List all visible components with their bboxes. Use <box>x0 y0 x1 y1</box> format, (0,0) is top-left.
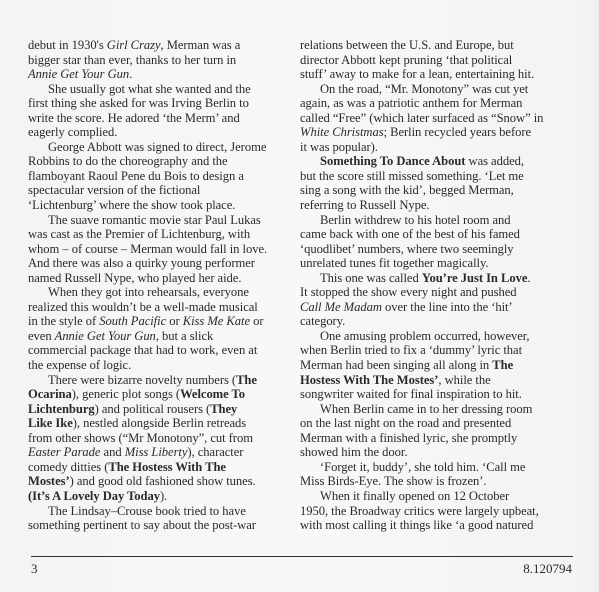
text-segment: It stopped the show every night and push… <box>300 285 517 299</box>
work-title: Girl Crazy <box>107 38 161 52</box>
text-line: It stopped the show every night and push… <box>300 285 572 300</box>
text-segment: On the road, “Mr. Monotony” was cut yet <box>320 82 528 96</box>
text-segment: When Berlin came in to her dressing room <box>320 402 532 416</box>
text-line: with most calling it things like ‘a good… <box>300 518 572 533</box>
text-segment: with most calling it things like ‘a good… <box>300 518 533 532</box>
text-segment: write the score. He adored ‘the Merm’ an… <box>28 111 240 125</box>
text-segment: Merman with a finished lyric, she prompt… <box>300 431 517 445</box>
text-line: debut in 1930's Girl Crazy, Merman was a <box>28 38 298 53</box>
text-segment: even <box>28 329 55 343</box>
text-segment: something pertinent to say about the pos… <box>28 518 256 532</box>
song-title: Lichtenburg <box>28 402 95 416</box>
text-segment: referring to Russell Nype. <box>300 198 430 212</box>
footer-rule <box>31 556 573 557</box>
text-line: eagerly complied. <box>28 125 298 140</box>
text-line: Something To Dance About was added, <box>300 154 572 169</box>
text-line: when Berlin tried to fix a ‘dummy’ lyric… <box>300 343 572 358</box>
text-line: sing a song with the kid’, begged Merman… <box>300 183 572 198</box>
text-line: category. <box>300 314 572 329</box>
text-segment: relations between the U.S. and Europe, b… <box>300 38 514 52</box>
text-segment: ), character <box>187 445 243 459</box>
text-line: named Russell Nype, who played her aide. <box>28 271 298 286</box>
text-line: Call Me Madam over the line into the ‘hi… <box>300 300 572 315</box>
text-segment: when Berlin tried to fix a ‘dummy’ lyric… <box>300 343 522 357</box>
song-title: You’re Just In Love <box>422 271 528 285</box>
song-title: Welcome To <box>180 387 245 401</box>
text-segment: director Abbott kept pruning ‘that polit… <box>300 53 512 67</box>
text-line: 1950, the Broadway critics were largely … <box>300 504 572 519</box>
text-segment: was added, <box>465 154 524 168</box>
text-segment: stuff’ away to make for a lean, entertai… <box>300 67 534 81</box>
text-segment: called “Free” (which later surfaced as “… <box>300 111 543 125</box>
text-segment: sing a song with the kid’, begged Merman… <box>300 183 514 197</box>
text-line: realized this wouldn’t be a well-made mu… <box>28 300 298 315</box>
text-segment: . <box>129 67 132 81</box>
text-segment: ) and political rousers ( <box>95 402 211 416</box>
text-segment: but the score still missed something. ‘L… <box>300 169 524 183</box>
text-line: flamboyant Raoul Pene du Bois to design … <box>28 169 298 184</box>
text-line: was cast as the Premier of Lichtenburg, … <box>28 227 298 242</box>
catalog-number: 8.120794 <box>523 561 572 577</box>
page-number: 3 <box>31 561 38 577</box>
text-line: ‘Forget it, buddy’, she told him. ‘Call … <box>300 460 572 475</box>
song-title: Hostess With The Mostes’ <box>300 373 438 387</box>
text-segment: The Lindsay–Crouse book tried to have <box>48 504 246 518</box>
text-line: George Abbott was signed to direct, Jero… <box>28 140 298 155</box>
song-title: The Hostess With The <box>108 460 226 474</box>
work-title: South Pacific <box>99 314 166 328</box>
song-title: The <box>236 373 257 387</box>
text-segment: . <box>527 271 530 285</box>
text-line: ‘Lichtenburg’ where the show took place. <box>28 198 298 213</box>
text-segment: , but a slick <box>156 329 213 343</box>
text-line: from other shows (“Mr Monotony”, cut fro… <box>28 431 298 446</box>
text-segment: and <box>100 445 124 459</box>
text-line: even Annie Get Your Gun, but a slick <box>28 329 298 344</box>
text-segment: in the style of <box>28 314 99 328</box>
text-segment: was cast as the Premier of Lichtenburg, … <box>28 227 250 241</box>
text-line: showed him the door. <box>300 445 572 460</box>
song-title: They <box>210 402 237 416</box>
text-segment: When it finally opened on 12 October <box>320 489 509 503</box>
text-segment: commercial package that had to work, eve… <box>28 343 257 357</box>
text-segment: ). <box>160 489 167 503</box>
song-title: Like Ike <box>28 416 73 430</box>
text-segment: or <box>250 314 264 328</box>
text-line: the expense of logic. <box>28 358 298 373</box>
text-line: Miss Birds-Eye. The show is frozen’. <box>300 474 572 489</box>
text-line: commercial package that had to work, eve… <box>28 343 298 358</box>
left-column: debut in 1930's Girl Crazy, Merman was a… <box>28 38 298 533</box>
song-title: Something To Dance About <box>320 154 465 168</box>
text-line: Mostes’) and good old fashioned show tun… <box>28 474 298 489</box>
text-line: Annie Get Your Gun. <box>28 67 298 82</box>
text-segment: , while the <box>438 373 490 387</box>
text-segment: The suave romantic movie star Paul Lukas <box>48 213 261 227</box>
booklet-page: debut in 1930's Girl Crazy, Merman was a… <box>0 0 599 592</box>
text-line: ‘quodlibet’ numbers, where two seemingly <box>300 242 572 257</box>
text-line: spectacular version of the fictional <box>28 183 298 198</box>
text-segment: ‘Forget it, buddy’, she told him. ‘Call … <box>320 460 525 474</box>
text-segment: ‘Lichtenburg’ where the show took place. <box>28 198 235 212</box>
text-line: relations between the U.S. and Europe, b… <box>300 38 572 53</box>
text-line: Easter Parade and Miss Liberty), charact… <box>28 445 298 460</box>
song-title: (It’s A Lovely Day Today <box>28 489 160 503</box>
text-segment: the expense of logic. <box>28 358 131 372</box>
text-line: in the style of South Pacific or Kiss Me… <box>28 314 298 329</box>
text-line: came back with one of the best of his fa… <box>300 227 572 242</box>
work-title: Kiss Me Kate <box>183 314 250 328</box>
text-line: On the road, “Mr. Monotony” was cut yet <box>300 82 572 97</box>
text-segment: When they got into rehearsals, everyone <box>48 285 249 299</box>
text-line: Hostess With The Mostes’, while the <box>300 373 572 388</box>
text-line: There were bizarre novelty numbers (The <box>28 373 298 388</box>
song-title: The <box>492 358 513 372</box>
text-segment: , Merman was a <box>161 38 241 52</box>
text-line: Merman with a finished lyric, she prompt… <box>300 431 572 446</box>
text-segment: from other shows (“Mr Monotony”, cut fro… <box>28 431 253 445</box>
text-segment: There were bizarre novelty numbers ( <box>48 373 236 387</box>
text-segment: again, as was a patriotic anthem for Mer… <box>300 96 522 110</box>
text-line: When it finally opened on 12 October <box>300 489 572 504</box>
right-column: relations between the U.S. and Europe, b… <box>300 38 572 533</box>
work-title: Miss Liberty <box>125 445 188 459</box>
text-line: first thing she asked for was Irving Ber… <box>28 96 298 111</box>
text-line: Lichtenburg) and political rousers (They <box>28 402 298 417</box>
text-line: Like Ike), nestled alongside Berlin retr… <box>28 416 298 431</box>
text-line: but the score still missed something. ‘L… <box>300 169 572 184</box>
text-line: The suave romantic movie star Paul Lukas <box>28 213 298 228</box>
text-segment: first thing she asked for was Irving Ber… <box>28 96 249 110</box>
text-line: One amusing problem occurred, however, <box>300 329 572 344</box>
text-segment: ; Berlin recycled years before <box>384 125 531 139</box>
song-title: Ocarina <box>28 387 72 401</box>
text-line: it was popular). <box>300 140 572 155</box>
text-line: on the last night on the road and presen… <box>300 416 572 431</box>
text-segment: spectacular version of the fictional <box>28 183 200 197</box>
text-segment: it was popular). <box>300 140 378 154</box>
text-line: referring to Russell Nype. <box>300 198 572 213</box>
text-segment: ), nestled alongside Berlin retreads <box>73 416 246 430</box>
text-segment: whom – of course – Merman would fall in … <box>28 242 267 256</box>
text-line: Berlin withdrew to his hotel room and <box>300 213 572 228</box>
text-segment: Robbins to do the choreography and the <box>28 154 228 168</box>
text-segment: Miss Birds-Eye. The show is frozen’. <box>300 474 487 488</box>
text-line: again, as was a patriotic anthem for Mer… <box>300 96 572 111</box>
text-line: Robbins to do the choreography and the <box>28 154 298 169</box>
text-segment: George Abbott was signed to direct, Jero… <box>48 140 266 154</box>
text-segment: showed him the door. <box>300 445 407 459</box>
text-segment: ) and good old fashioned show tunes. <box>70 474 256 488</box>
work-title: Call Me Madam <box>300 300 382 314</box>
text-segment: debut in 1930's <box>28 38 107 52</box>
text-line: Ocarina), generic plot songs (Welcome To <box>28 387 298 402</box>
text-line: When they got into rehearsals, everyone <box>28 285 298 300</box>
text-segment: And there was also a quirky young perfor… <box>28 256 255 270</box>
text-line: bigger star than ever, thanks to her tur… <box>28 53 298 68</box>
text-segment: ), generic plot songs ( <box>72 387 180 401</box>
work-title: White Christmas <box>300 125 384 139</box>
text-segment: This one was called <box>320 271 422 285</box>
text-line: She usually got what she wanted and the <box>28 82 298 97</box>
text-line: And there was also a quirky young perfor… <box>28 256 298 271</box>
text-segment: over the line into the ‘hit’ <box>382 300 513 314</box>
text-segment: named Russell Nype, who played her aide. <box>28 271 241 285</box>
text-line: songwriter waited for final inspiration … <box>300 387 572 402</box>
text-segment: One amusing problem occurred, however, <box>320 329 530 343</box>
text-segment: or <box>166 314 183 328</box>
work-title: Annie Get Your Gun <box>28 67 129 81</box>
text-line: When Berlin came in to her dressing room <box>300 402 572 417</box>
text-segment: eagerly complied. <box>28 125 117 139</box>
text-line: The Lindsay–Crouse book tried to have <box>28 504 298 519</box>
text-line: Merman had been singing all along in The <box>300 358 572 373</box>
work-title: Annie Get Your Gun <box>55 329 156 343</box>
text-segment: ‘quodlibet’ numbers, where two seemingly <box>300 242 514 256</box>
text-line: comedy ditties (The Hostess With The <box>28 460 298 475</box>
text-segment: realized this wouldn’t be a well-made mu… <box>28 300 258 314</box>
text-segment: category. <box>300 314 345 328</box>
text-line: whom – of course – Merman would fall in … <box>28 242 298 257</box>
text-line: something pertinent to say about the pos… <box>28 518 298 533</box>
text-line: This one was called You’re Just In Love. <box>300 271 572 286</box>
text-segment: Merman had been singing all along in <box>300 358 492 372</box>
text-segment: unrelated tunes fit together magically. <box>300 256 489 270</box>
text-segment: songwriter waited for final inspiration … <box>300 387 522 401</box>
work-title: Easter Parade <box>28 445 100 459</box>
text-segment: Berlin withdrew to his hotel room and <box>320 213 511 227</box>
text-line: director Abbott kept pruning ‘that polit… <box>300 53 572 68</box>
text-segment: comedy ditties ( <box>28 460 108 474</box>
text-line: write the score. He adored ‘the Merm’ an… <box>28 111 298 126</box>
text-segment: on the last night on the road and presen… <box>300 416 511 430</box>
song-title: Mostes’ <box>28 474 70 488</box>
text-segment: She usually got what she wanted and the <box>48 82 251 96</box>
text-line: White Christmas; Berlin recycled years b… <box>300 125 572 140</box>
text-segment: bigger star than ever, thanks to her tur… <box>28 53 236 67</box>
text-line: unrelated tunes fit together magically. <box>300 256 572 271</box>
text-segment: came back with one of the best of his fa… <box>300 227 520 241</box>
text-line: stuff’ away to make for a lean, entertai… <box>300 67 572 82</box>
page-edge-shadow <box>591 0 599 592</box>
text-line: called “Free” (which later surfaced as “… <box>300 111 572 126</box>
text-line: (It’s A Lovely Day Today). <box>28 489 298 504</box>
text-segment: 1950, the Broadway critics were largely … <box>300 504 539 518</box>
text-segment: flamboyant Raoul Pene du Bois to design … <box>28 169 244 183</box>
